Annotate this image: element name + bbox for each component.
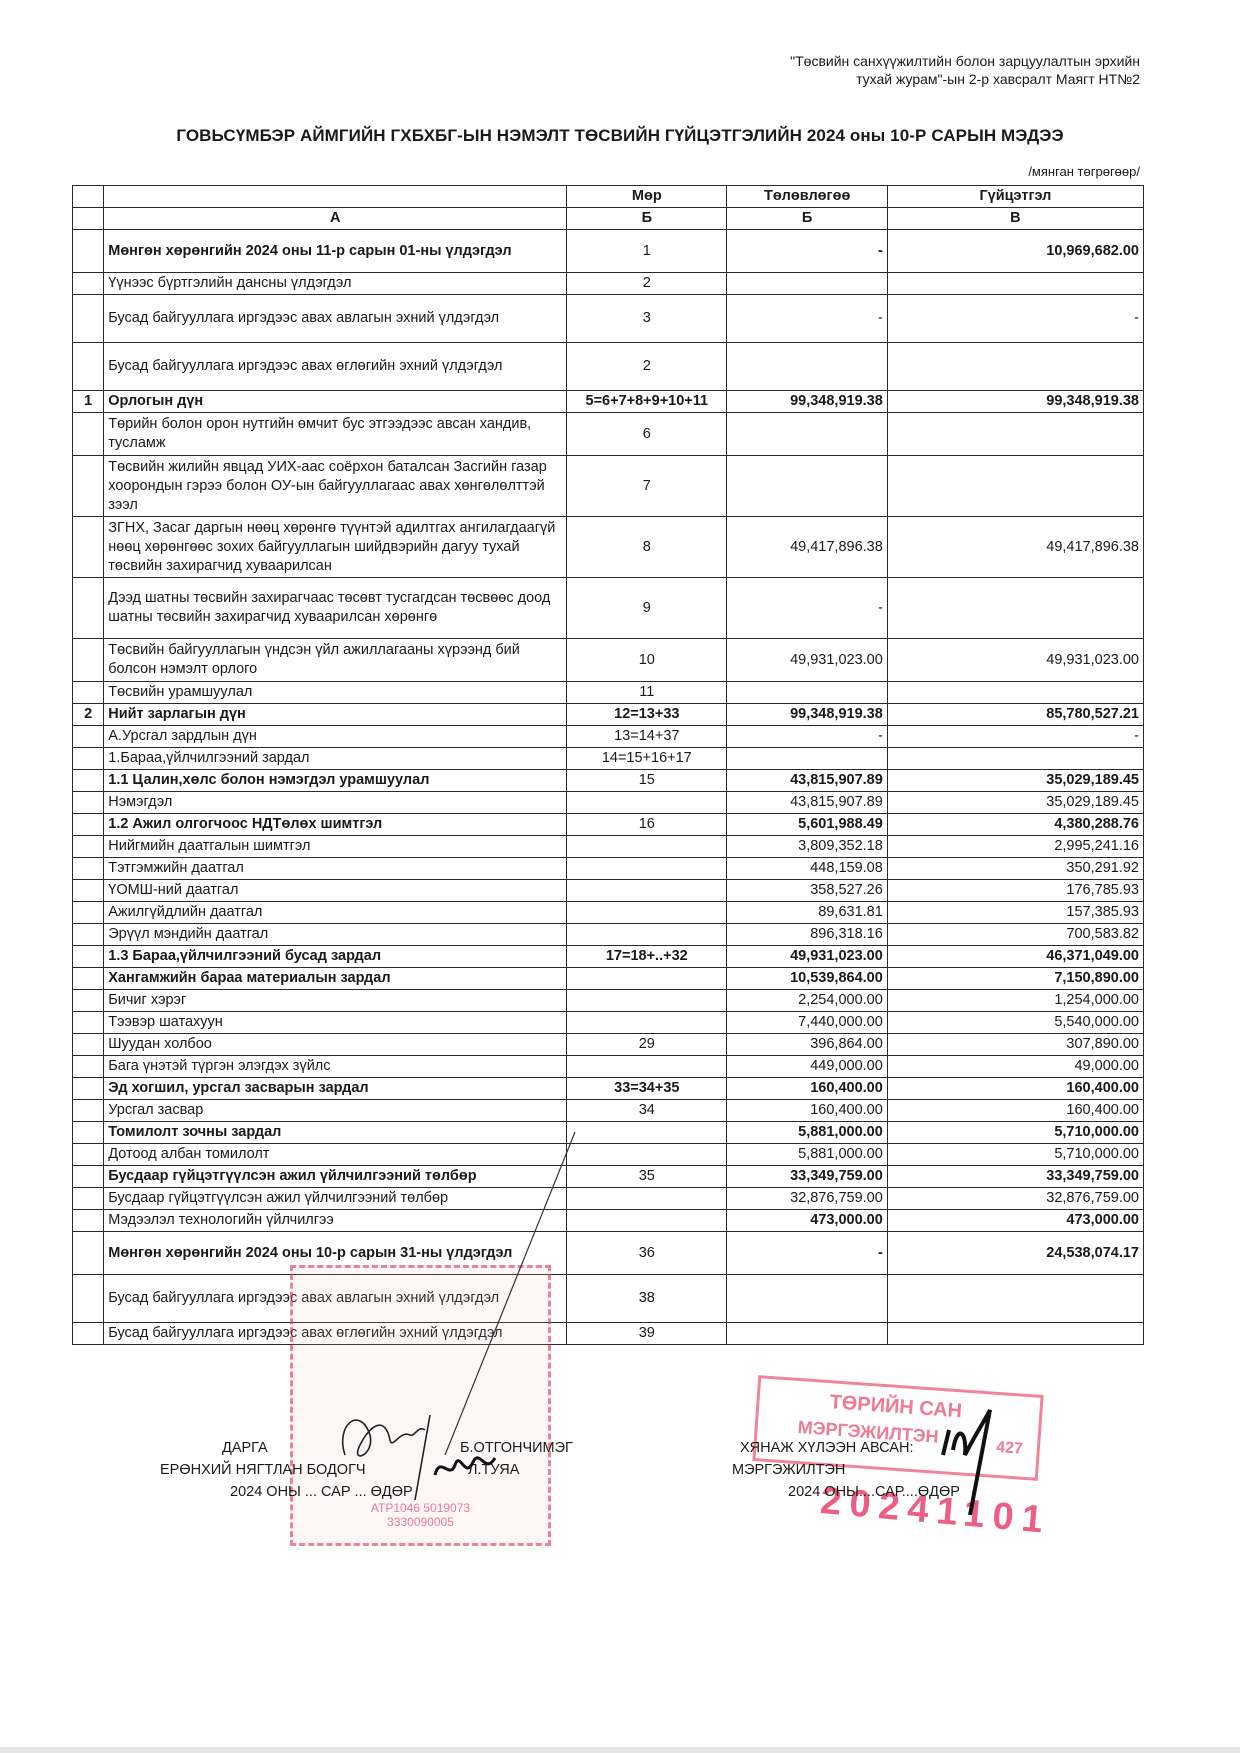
actual-value-cell: 24,538,074.17: [887, 1232, 1143, 1275]
table-row: Дээд шатны төсвийн захирагчаас төсөвт ту…: [73, 578, 1144, 639]
header-name-cell: [104, 186, 567, 208]
row-name-cell: Нийгмийн даатгалын шимтгэл: [104, 836, 567, 858]
actual-value-cell: 5,710,000.00: [887, 1144, 1143, 1166]
plan-value-cell: 7,440,000.00: [727, 1012, 887, 1034]
unit-note: /мянган төгрөгөөр/: [1028, 164, 1140, 179]
row-code-cell: 15: [567, 770, 727, 792]
plan-value-cell: [727, 748, 887, 770]
table-row: Эд хогшил, урсгал засварын зардал33=34+3…: [73, 1078, 1144, 1100]
diagonal-pen-line-icon: [440, 1130, 580, 1460]
header-no-cell: [73, 186, 104, 208]
table-row: Төсвийн урамшуулал11: [73, 682, 1144, 704]
row-number-cell: [73, 1144, 104, 1166]
plan-value-cell: [727, 413, 887, 456]
actual-value-cell: 7,150,890.00: [887, 968, 1143, 990]
row-code-cell: [567, 836, 727, 858]
row-code-cell: [567, 990, 727, 1012]
document-title: ГОВЬСҮМБЭР АЙМГИЙН ГХБХБГ-ЫН НЭМЭЛТ ТӨСВ…: [0, 126, 1240, 146]
row-code-cell: [567, 1144, 727, 1166]
row-code-cell: 35: [567, 1166, 727, 1188]
table-row: ЗГНХ, Засаг даргын нөөц хөрөнгө түүнтэй …: [73, 517, 1144, 578]
row-number-cell: [73, 295, 104, 343]
row-code-cell: 39: [567, 1323, 727, 1345]
table-row: Ажилгүйдлийн даатгал89,631.81157,385.93: [73, 902, 1144, 924]
row-code-cell: [567, 902, 727, 924]
table-row: Бага үнэтэй түргэн элэгдэх зүйлс449,000.…: [73, 1056, 1144, 1078]
plan-value-cell: 160,400.00: [727, 1078, 887, 1100]
actual-value-cell: 85,780,527.21: [887, 704, 1143, 726]
table-row: Бусдаар гүйцэтгүүлсэн ажил үйлчилгээний …: [73, 1166, 1144, 1188]
row-name-cell: Бага үнэтэй түргэн элэгдэх зүйлс: [104, 1056, 567, 1078]
plan-value-cell: 358,527.26: [727, 880, 887, 902]
actual-value-cell: 160,400.00: [887, 1100, 1143, 1122]
plan-value-cell: -: [727, 230, 887, 273]
actual-value-cell: 33,349,759.00: [887, 1166, 1143, 1188]
plan-value-cell: 33,349,759.00: [727, 1166, 887, 1188]
row-number-cell: [73, 1188, 104, 1210]
header-plan-cell: Төлөвлөгөө: [727, 186, 887, 208]
actual-value-cell: 2,995,241.16: [887, 836, 1143, 858]
actual-value-cell: [887, 273, 1143, 295]
table-row: Бусад байгууллага иргэдээс авах өглөгийн…: [73, 1323, 1144, 1345]
budget-report-table: Мөр Төлөвлөгөө Гүйцэтгэл А Б Б В Мөнгөн …: [72, 185, 1144, 1345]
plan-value-cell: [727, 1323, 887, 1345]
row-name-cell: Орлогын дүн: [104, 391, 567, 413]
actual-value-cell: 35,029,189.45: [887, 792, 1143, 814]
table-row: Мөнгөн хөрөнгийн 2024 оны 10-р сарын 31-…: [73, 1232, 1144, 1275]
table-row: Хангамжийн бараа материалын зардал10,539…: [73, 968, 1144, 990]
row-number-cell: [73, 748, 104, 770]
row-number-cell: [73, 902, 104, 924]
table-row: Нийгмийн даатгалын шимтгэл3,809,352.182,…: [73, 836, 1144, 858]
row-name-cell: Нэмэгдэл: [104, 792, 567, 814]
row-name-cell: Ажилгүйдлийн даатгал: [104, 902, 567, 924]
actual-value-cell: 10,969,682.00: [887, 230, 1143, 273]
row-code-cell: 3: [567, 295, 727, 343]
row-number-cell: [73, 946, 104, 968]
table-row: Төрийн болон орон нутгийн өмчит бус этгэ…: [73, 413, 1144, 456]
plan-value-cell: 2,254,000.00: [727, 990, 887, 1012]
plan-value-cell: 89,631.81: [727, 902, 887, 924]
table-row: А.Урсгал зардлын дүн13=14+37--: [73, 726, 1144, 748]
row-name-cell: Нийт зарлагын дүн: [104, 704, 567, 726]
row-number-cell: [73, 770, 104, 792]
code-row-cell: Б: [567, 208, 727, 230]
table-row: Томилолт зочны зардал5,881,000.005,710,0…: [73, 1122, 1144, 1144]
actual-value-cell: 700,583.82: [887, 924, 1143, 946]
row-number-cell: [73, 1275, 104, 1323]
row-code-cell: 29: [567, 1034, 727, 1056]
row-code-cell: 2: [567, 273, 727, 295]
table-row: Дотоод албан томилолт5,881,000.005,710,0…: [73, 1144, 1144, 1166]
plan-value-cell: -: [727, 1232, 887, 1275]
table-row: Мэдээлэл технологийн үйлчилгээ473,000.00…: [73, 1210, 1144, 1232]
row-number-cell: 2: [73, 704, 104, 726]
plan-value-cell: 43,815,907.89: [727, 770, 887, 792]
table-code-row: А Б Б В: [73, 208, 1144, 230]
form-reference-line-1: "Төсвийн санхүүжилтийн болон зарцуулалты…: [790, 52, 1140, 70]
table-row: Төсвийн жилийн явцад УИХ-аас соёрхон бат…: [73, 456, 1144, 517]
row-number-cell: [73, 1210, 104, 1232]
actual-value-cell: [887, 748, 1143, 770]
row-name-cell: Төсвийн байгууллагын үндсэн үйл ажиллага…: [104, 639, 567, 682]
actual-value-cell: [887, 1275, 1143, 1323]
row-code-cell: 14=15+16+17: [567, 748, 727, 770]
specialist-signature-icon: [935, 1400, 1005, 1520]
plan-value-cell: -: [727, 578, 887, 639]
row-name-cell: 1.3 Бараа,үйлчилгээний бусад зардал: [104, 946, 567, 968]
actual-value-cell: [887, 456, 1143, 517]
plan-value-cell: 160,400.00: [727, 1100, 887, 1122]
specialist-title: МЭРГЭЖИЛТЭН: [732, 1459, 845, 1481]
plan-value-cell: 473,000.00: [727, 1210, 887, 1232]
actual-value-cell: [887, 1323, 1143, 1345]
plan-value-cell: 49,931,023.00: [727, 946, 887, 968]
row-name-cell: 1.2 Ажил олгогчоос НДТөлөх шимтгэл: [104, 814, 567, 836]
table-row: 1.2 Ажил олгогчоос НДТөлөх шимтгэл165,60…: [73, 814, 1144, 836]
plan-value-cell: [727, 1275, 887, 1323]
row-name-cell: Бусад байгууллага иргэдээс авах өглөгийн…: [104, 343, 567, 391]
row-number-cell: [73, 1056, 104, 1078]
row-name-cell: Шуудан холбоо: [104, 1034, 567, 1056]
table-row: Бусдаар гүйцэтгүүлсэн ажил үйлчилгээний …: [73, 1188, 1144, 1210]
row-name-cell: Хангамжийн бараа материалын зардал: [104, 968, 567, 990]
row-number-cell: [73, 814, 104, 836]
row-code-cell: 16: [567, 814, 727, 836]
row-number-cell: [73, 1323, 104, 1345]
row-number-cell: [73, 1012, 104, 1034]
row-code-cell: 2: [567, 343, 727, 391]
row-number-cell: [73, 1100, 104, 1122]
row-number-cell: [73, 517, 104, 578]
row-name-cell: Төсвийн жилийн явцад УИХ-аас соёрхон бат…: [104, 456, 567, 517]
header-row-cell: Мөр: [567, 186, 727, 208]
row-code-cell: 12=13+33: [567, 704, 727, 726]
plan-value-cell: 43,815,907.89: [727, 792, 887, 814]
row-number-cell: [73, 858, 104, 880]
plan-value-cell: 5,601,988.49: [727, 814, 887, 836]
row-code-cell: [567, 1012, 727, 1034]
row-number-cell: [73, 456, 104, 517]
table-row: Урсгал засвар34160,400.00160,400.00: [73, 1100, 1144, 1122]
code-no-cell: [73, 208, 104, 230]
actual-value-cell: [887, 343, 1143, 391]
plan-value-cell: 32,876,759.00: [727, 1188, 887, 1210]
row-code-cell: 13=14+37: [567, 726, 727, 748]
row-number-cell: [73, 1122, 104, 1144]
row-number-cell: [73, 343, 104, 391]
table-row: Эрүүл мэндийн даатгал896,318.16700,583.8…: [73, 924, 1144, 946]
row-number-cell: [73, 682, 104, 704]
row-code-cell: 38: [567, 1275, 727, 1323]
code-plan-cell: Б: [727, 208, 887, 230]
row-name-cell: ЗГНХ, Засаг даргын нөөц хөрөнгө түүнтэй …: [104, 517, 567, 578]
actual-value-cell: 350,291.92: [887, 858, 1143, 880]
table-row: Шуудан холбоо29396,864.00307,890.00: [73, 1034, 1144, 1056]
row-number-cell: [73, 1166, 104, 1188]
row-name-cell: Бичиг хэрэг: [104, 990, 567, 1012]
actual-value-cell: [887, 413, 1143, 456]
row-number-cell: [73, 413, 104, 456]
row-number-cell: [73, 726, 104, 748]
plan-value-cell: 10,539,864.00: [727, 968, 887, 990]
row-number-cell: [73, 836, 104, 858]
actual-value-cell: 5,710,000.00: [887, 1122, 1143, 1144]
table-row: Мөнгөн хөрөнгийн 2024 оны 11-р сарын 01-…: [73, 230, 1144, 273]
row-name-cell: ҮОМШ-ний даатгал: [104, 880, 567, 902]
table-row: 1.3 Бараа,үйлчилгээний бусад зардал17=18…: [73, 946, 1144, 968]
table-row: Бусад байгууллага иргэдээс авах авлагын …: [73, 295, 1144, 343]
form-reference-line-2: тухай журам"-ын 2-р хавсралт Маягт НТ№2: [790, 70, 1140, 88]
row-name-cell: Эд хогшил, урсгал засварын зардал: [104, 1078, 567, 1100]
actual-value-cell: 176,785.93: [887, 880, 1143, 902]
row-code-cell: [567, 924, 727, 946]
row-code-cell: [567, 792, 727, 814]
actual-value-cell: [887, 682, 1143, 704]
row-code-cell: 6: [567, 413, 727, 456]
row-code-cell: 9: [567, 578, 727, 639]
row-name-cell: Урсгал засвар: [104, 1100, 567, 1122]
row-name-cell: Эрүүл мэндийн даатгал: [104, 924, 567, 946]
row-code-cell: 8: [567, 517, 727, 578]
row-code-cell: 10: [567, 639, 727, 682]
plan-value-cell: 896,318.16: [727, 924, 887, 946]
seal-text-line-2: 3330090005: [293, 1515, 548, 1529]
row-code-cell: [567, 858, 727, 880]
row-name-cell: Тэтгэмжийн даатгал: [104, 858, 567, 880]
row-name-cell: Бусад байгууллага иргэдээс авах авлагын …: [104, 295, 567, 343]
actual-value-cell: 46,371,049.00: [887, 946, 1143, 968]
table-row: ҮОМШ-ний даатгал358,527.26176,785.93: [73, 880, 1144, 902]
row-code-cell: [567, 1188, 727, 1210]
table-row: 2Нийт зарлагын дүн12=13+3399,348,919.388…: [73, 704, 1144, 726]
row-number-cell: [73, 968, 104, 990]
plan-value-cell: [727, 273, 887, 295]
code-name-cell: А: [104, 208, 567, 230]
row-number-cell: [73, 1232, 104, 1275]
plan-value-cell: [727, 682, 887, 704]
table-row: 1Орлогын дүн5=6+7+8+9+10+1199,348,919.38…: [73, 391, 1144, 413]
table-row: Үүнээс бүртгэлийн дансны үлдэгдэл2: [73, 273, 1144, 295]
scan-edge-divider: [0, 1747, 1240, 1753]
row-name-cell: Дээд шатны төсвийн захирагчаас төсөвт ту…: [104, 578, 567, 639]
row-code-cell: [567, 1122, 727, 1144]
table-header-row: Мөр Төлөвлөгөө Гүйцэтгэл: [73, 186, 1144, 208]
actual-value-cell: 307,890.00: [887, 1034, 1143, 1056]
table-row: Бичиг хэрэг2,254,000.001,254,000.00: [73, 990, 1144, 1012]
row-number-cell: [73, 639, 104, 682]
row-code-cell: 36: [567, 1232, 727, 1275]
actual-value-cell: 99,348,919.38: [887, 391, 1143, 413]
row-code-cell: 17=18+..+32: [567, 946, 727, 968]
actual-value-cell: 32,876,759.00: [887, 1188, 1143, 1210]
row-number-cell: [73, 1078, 104, 1100]
table-row: Бусад байгууллага иргэдээс авах авлагын …: [73, 1275, 1144, 1323]
plan-value-cell: 3,809,352.18: [727, 836, 887, 858]
plan-value-cell: -: [727, 295, 887, 343]
actual-value-cell: 157,385.93: [887, 902, 1143, 924]
table-row: Тэтгэмжийн даатгал448,159.08350,291.92: [73, 858, 1144, 880]
row-name-cell: 1.Бараа,үйлчилгээний зардал: [104, 748, 567, 770]
row-code-cell: 11: [567, 682, 727, 704]
row-number-cell: [73, 230, 104, 273]
row-code-cell: 33=34+35: [567, 1078, 727, 1100]
actual-value-cell: 5,540,000.00: [887, 1012, 1143, 1034]
row-number-cell: [73, 578, 104, 639]
table-row: Нэмэгдэл43,815,907.8935,029,189.45: [73, 792, 1144, 814]
actual-value-cell: 160,400.00: [887, 1078, 1143, 1100]
row-number-cell: [73, 1034, 104, 1056]
actual-value-cell: 49,000.00: [887, 1056, 1143, 1078]
plan-value-cell: 49,417,896.38: [727, 517, 887, 578]
row-number-cell: [73, 792, 104, 814]
table-row: 1.1 Цалин,хөлс болон нэмэгдэл урамшуулал…: [73, 770, 1144, 792]
plan-value-cell: [727, 456, 887, 517]
row-name-cell: А.Урсгал зардлын дүн: [104, 726, 567, 748]
row-code-cell: [567, 968, 727, 990]
actual-value-cell: 4,380,288.76: [887, 814, 1143, 836]
row-name-cell: 1.1 Цалин,хөлс болон нэмэгдэл урамшуулал: [104, 770, 567, 792]
plan-value-cell: 396,864.00: [727, 1034, 887, 1056]
table-row: Тээвэр шатахуун7,440,000.005,540,000.00: [73, 1012, 1144, 1034]
plan-value-cell: 448,159.08: [727, 858, 887, 880]
row-code-cell: [567, 880, 727, 902]
row-code-cell: 34: [567, 1100, 727, 1122]
plan-value-cell: 5,881,000.00: [727, 1144, 887, 1166]
actual-value-cell: -: [887, 726, 1143, 748]
row-number-cell: [73, 924, 104, 946]
actual-value-cell: [887, 578, 1143, 639]
plan-value-cell: 99,348,919.38: [727, 391, 887, 413]
row-number-cell: [73, 990, 104, 1012]
form-reference-note: "Төсвийн санхүүжилтийн болон зарцуулалты…: [790, 52, 1140, 88]
table-row: Бусад байгууллага иргэдээс авах өглөгийн…: [73, 343, 1144, 391]
row-name-cell: Тээвэр шатахуун: [104, 1012, 567, 1034]
code-actual-cell: В: [887, 208, 1143, 230]
row-code-cell: 1: [567, 230, 727, 273]
header-actual-cell: Гүйцэтгэл: [887, 186, 1143, 208]
actual-value-cell: 473,000.00: [887, 1210, 1143, 1232]
row-code-cell: [567, 1210, 727, 1232]
row-number-cell: 1: [73, 391, 104, 413]
reviewed-by-label: ХЯНАЖ ХҮЛЭЭН АВСАН:: [740, 1437, 913, 1459]
table-row: 1.Бараа,үйлчилгээний зардал14=15+16+17: [73, 748, 1144, 770]
actual-value-cell: 49,931,023.00: [887, 639, 1143, 682]
table-row: Төсвийн байгууллагын үндсэн үйл ажиллага…: [73, 639, 1144, 682]
plan-value-cell: -: [727, 726, 887, 748]
actual-value-cell: 49,417,896.38: [887, 517, 1143, 578]
plan-value-cell: 5,881,000.00: [727, 1122, 887, 1144]
row-name-cell: Төрийн болон орон нутгийн өмчит бус этгэ…: [104, 413, 567, 456]
row-number-cell: [73, 880, 104, 902]
actual-value-cell: -: [887, 295, 1143, 343]
plan-value-cell: [727, 343, 887, 391]
row-code-cell: [567, 1056, 727, 1078]
row-number-cell: [73, 273, 104, 295]
plan-value-cell: 99,348,919.38: [727, 704, 887, 726]
plan-value-cell: 49,931,023.00: [727, 639, 887, 682]
actual-value-cell: 1,254,000.00: [887, 990, 1143, 1012]
plan-value-cell: 449,000.00: [727, 1056, 887, 1078]
row-code-cell: 5=6+7+8+9+10+11: [567, 391, 727, 413]
director-title: ДАРГА: [222, 1437, 268, 1459]
row-name-cell: Үүнээс бүртгэлийн дансны үлдэгдэл: [104, 273, 567, 295]
row-name-cell: Мөнгөн хөрөнгийн 2024 оны 11-р сарын 01-…: [104, 230, 567, 273]
row-name-cell: Төсвийн урамшуулал: [104, 682, 567, 704]
row-code-cell: 7: [567, 456, 727, 517]
actual-value-cell: 35,029,189.45: [887, 770, 1143, 792]
